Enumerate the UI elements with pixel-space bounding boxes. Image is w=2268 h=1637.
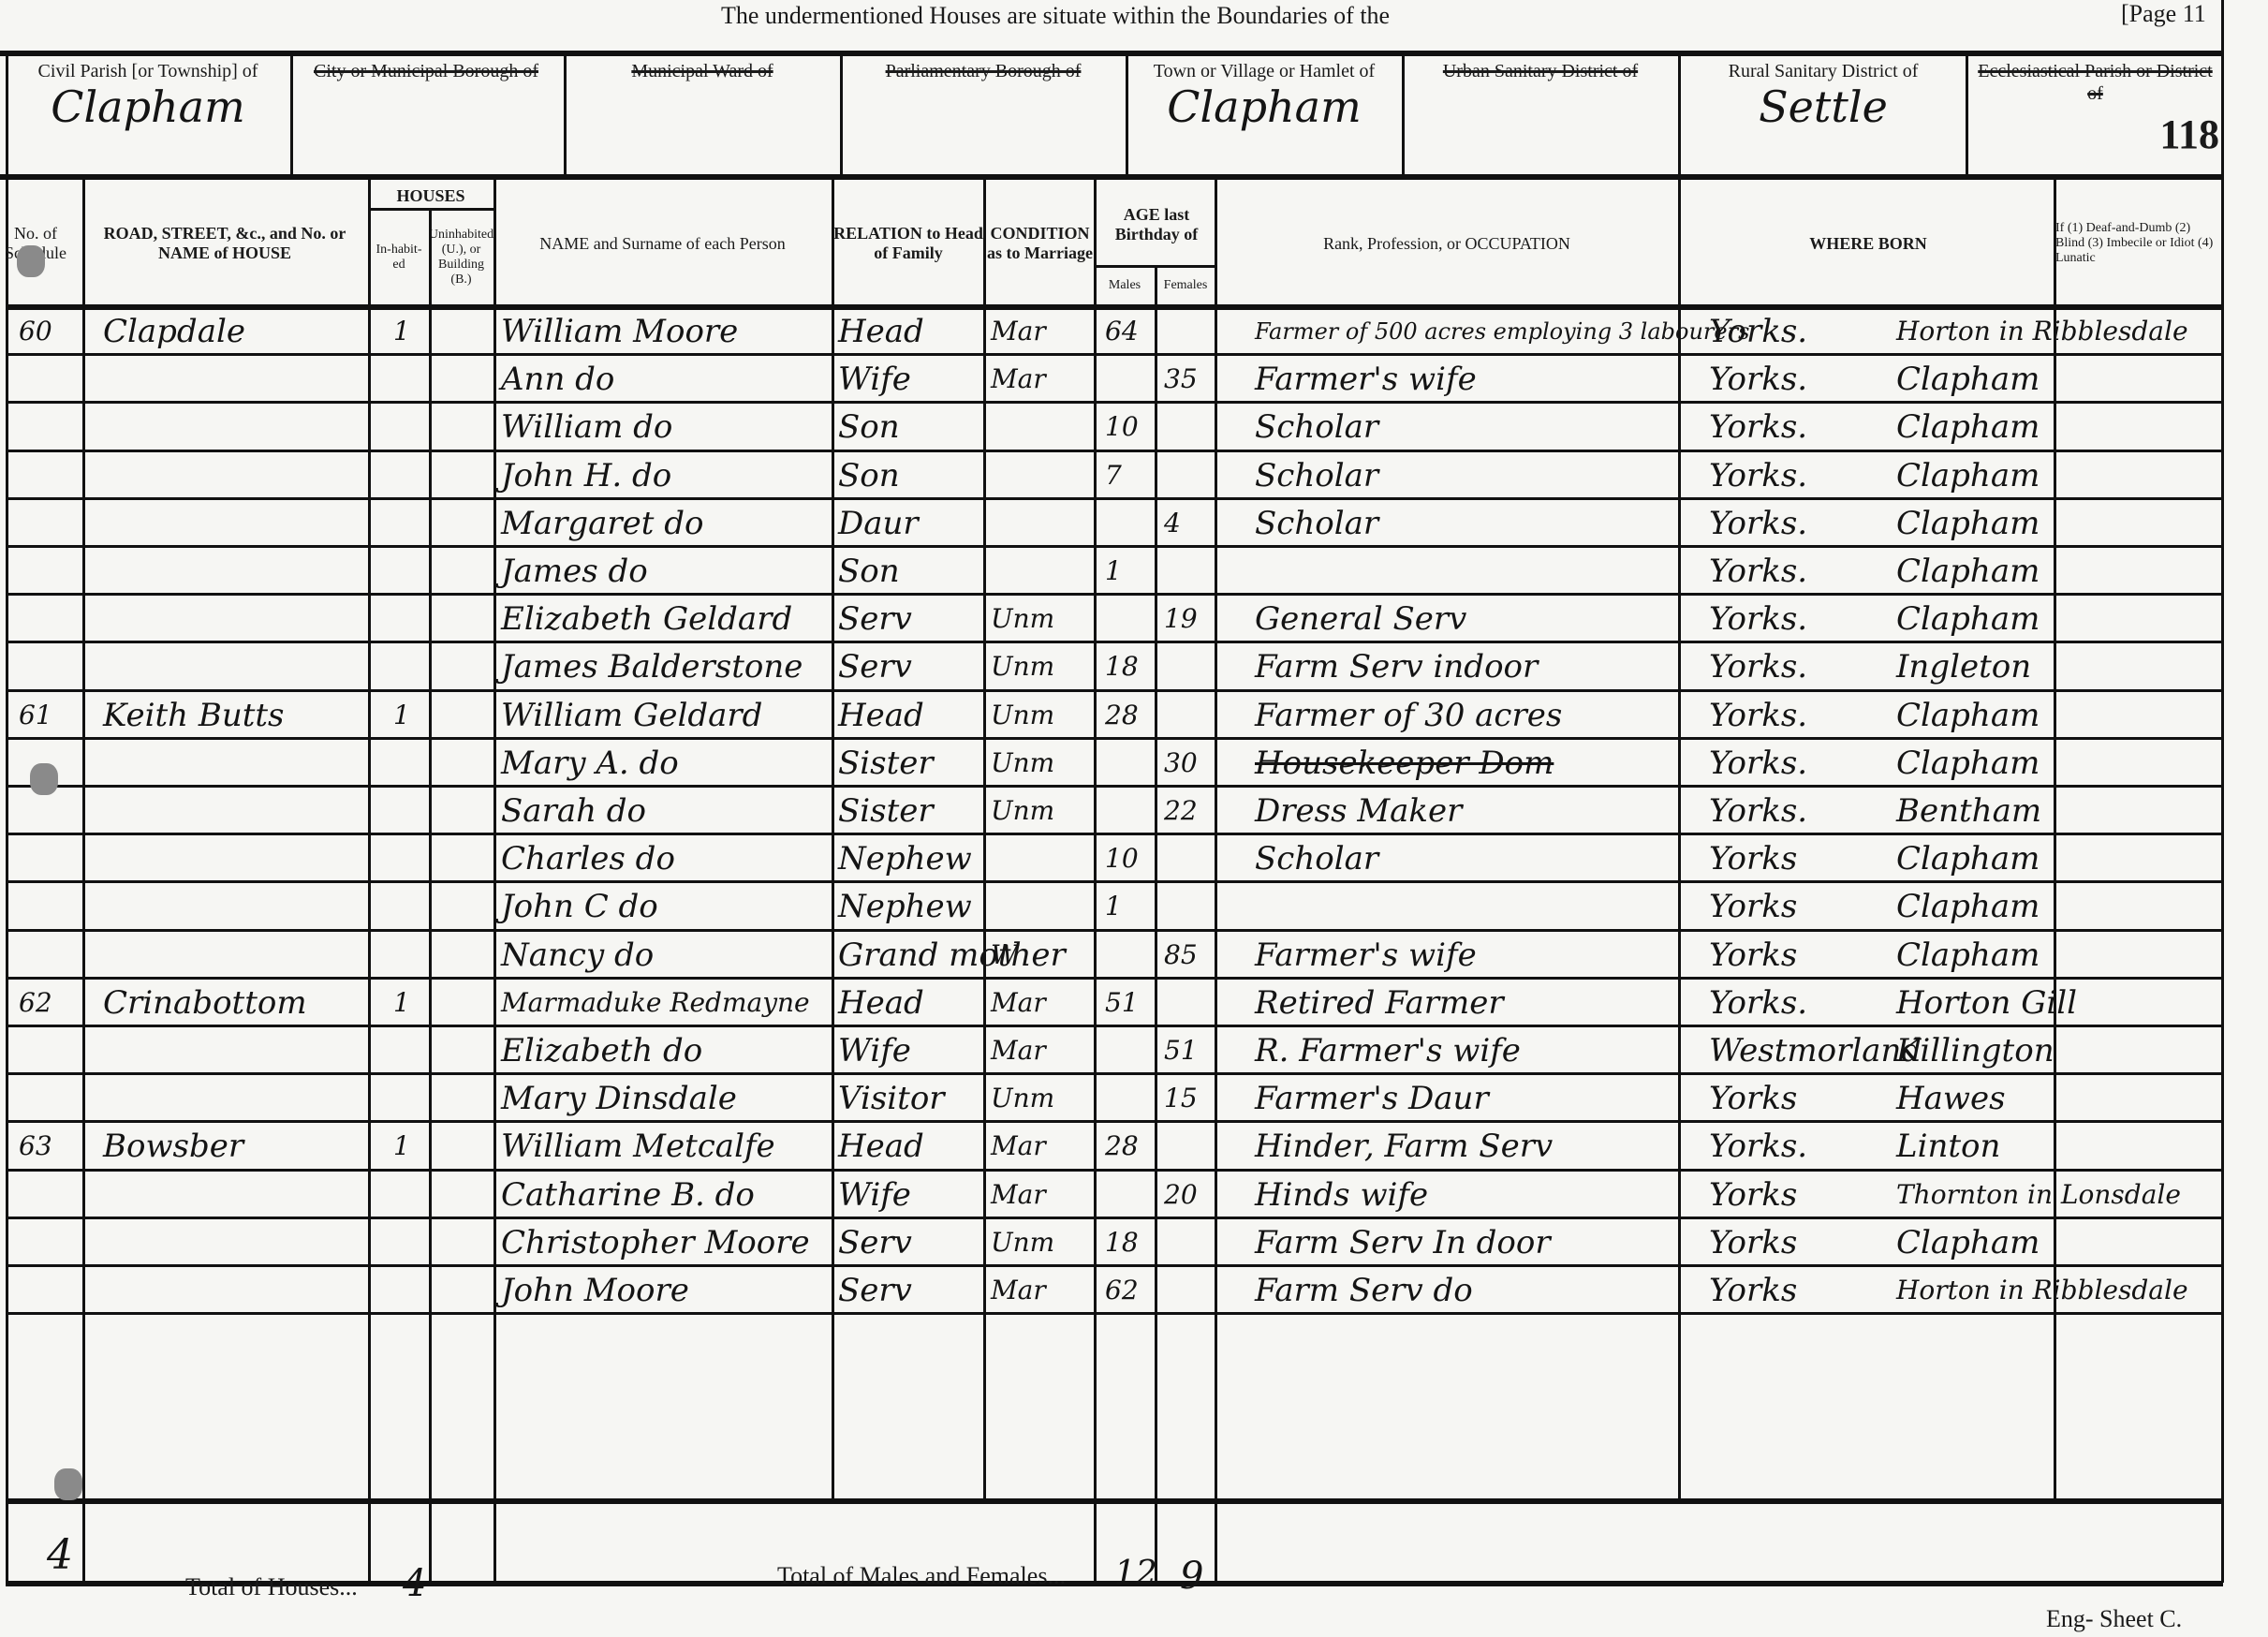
- cell-condition: Unm: [991, 693, 1054, 738]
- boundary-label: Urban Sanitary District of: [1405, 60, 1676, 82]
- cell-name: Sarah do: [501, 789, 646, 833]
- cell-occupation: Housekeeper Dom: [1255, 741, 1554, 786]
- table-row: William doSon10ScholarYorks.Clapham: [0, 405, 2268, 450]
- cell-born-county: Westmorland: [1709, 1028, 1922, 1073]
- cell-occupation: Scholar: [1255, 453, 1378, 498]
- cell-address: Crinabottom: [103, 981, 307, 1025]
- cell-occupation: Farmer's wife: [1255, 357, 1477, 402]
- cell-female-age: 4: [1164, 501, 1181, 546]
- cell-born-place: Clapham: [1896, 693, 2040, 738]
- cell-relation: Daur: [838, 501, 919, 546]
- cell-relation: Serv: [838, 1268, 912, 1313]
- cell-inhabited: 1: [393, 693, 410, 738]
- punch-hole: [17, 245, 45, 277]
- cell-name: Catharine B. do: [501, 1172, 755, 1217]
- cell-relation: Head: [838, 693, 924, 738]
- cell-relation: Wife: [838, 357, 911, 402]
- cell-born-place: Linton: [1896, 1124, 2000, 1169]
- table-row: 60Clapdale1William MooreHeadMar64Farmer …: [0, 309, 2268, 354]
- cell-name: James Balderstone: [501, 644, 803, 689]
- table-row: Elizabeth doWifeMar51R. Farmer's wifeWes…: [0, 1028, 2268, 1073]
- boundary-value: Settle: [1683, 96, 1964, 118]
- cell-name: William Geldard: [501, 693, 762, 738]
- cell-male-age: 62: [1105, 1268, 1139, 1313]
- cell-relation: Head: [838, 309, 924, 354]
- total-females: 9: [1180, 1555, 1203, 1598]
- divider: [7, 880, 2223, 883]
- cell-name: John H. do: [501, 453, 671, 498]
- divider: [7, 833, 2223, 835]
- cell-female-age: 15: [1164, 1076, 1198, 1121]
- cell-relation: Nephew: [838, 836, 972, 881]
- divider: [1966, 56, 1968, 174]
- sheet-label: Eng- Sheet C.: [2046, 1605, 2182, 1633]
- divider: [7, 401, 2223, 404]
- cell-born-county: Yorks.: [1709, 693, 1807, 738]
- cell-condition: W: [991, 933, 1018, 978]
- cell-born-county: Yorks.: [1709, 597, 1807, 642]
- boundary-label: Parliamentary Borough of: [843, 60, 1124, 82]
- cell-relation: Son: [838, 549, 900, 594]
- cell-born-place: Horton in Ribblesdale: [1896, 1268, 2188, 1313]
- cell-born-county: Yorks.: [1709, 501, 1807, 546]
- cell-born-place: Ingleton: [1896, 644, 2031, 689]
- cell-name: Elizabeth do: [501, 1028, 702, 1073]
- divider: [7, 1025, 2223, 1027]
- table-row: Catharine B. doWifeMar20Hinds wifeYorksT…: [0, 1172, 2268, 1217]
- table-row: Charles doNephew10ScholarYorksClapham: [0, 836, 2268, 881]
- cell-name: Margaret do: [501, 501, 703, 546]
- divider: [7, 450, 2223, 452]
- cell-occupation: Retired Farmer: [1255, 981, 1504, 1025]
- cell-condition: Unm: [991, 741, 1054, 786]
- cell-occupation: Farmer of 30 acres: [1255, 693, 1562, 738]
- table-row: Mary A. doSisterUnm30Housekeeper DomYork…: [0, 741, 2268, 786]
- cell-condition: Unm: [991, 1076, 1054, 1121]
- total-houses-value: 4: [403, 1562, 426, 1605]
- cell-relation: Sister: [838, 741, 934, 786]
- cell-occupation: Farm Serv indoor: [1255, 644, 1538, 689]
- cell-born-place: Thornton in Lonsdale: [1896, 1172, 2181, 1217]
- cell-name: William Metcalfe: [501, 1124, 775, 1169]
- cell-address: Keith Butts: [103, 693, 285, 738]
- cell-name: William Moore: [501, 309, 738, 354]
- divider: [6, 1498, 2223, 1504]
- cell-male-age: 18: [1105, 644, 1139, 689]
- cell-name: Mary A. do: [501, 741, 679, 786]
- cell-born-county: Yorks: [1709, 884, 1797, 929]
- cell-name: Nancy do: [501, 933, 654, 978]
- boundary-label: Ecclesiastical Parish or District of: [1971, 60, 2219, 105]
- cell-relation: Serv: [838, 644, 912, 689]
- cell-born-place: Killington: [1896, 1028, 2054, 1073]
- divider: [7, 1217, 2223, 1219]
- col-uninhabited: Uninhabited (U.), or Building (B.): [431, 211, 492, 304]
- cell-name: Ann do: [501, 357, 614, 402]
- col-females: Females: [1156, 267, 1215, 304]
- cell-condition: Unm: [991, 597, 1054, 642]
- cell-inhabited: 1: [393, 309, 410, 354]
- cell-occupation: Scholar: [1255, 501, 1378, 546]
- cell-relation: Nephew: [838, 884, 972, 929]
- cell-born-place: Clapham: [1896, 597, 2040, 642]
- cell-born-county: Yorks.: [1709, 309, 1807, 354]
- boundary-7: Rural Sanitary District ofSettle: [1683, 56, 1964, 178]
- divider: [7, 593, 2223, 596]
- cell-born-county: Yorks: [1709, 933, 1797, 978]
- cell-condition: Mar: [991, 357, 1046, 402]
- cell-relation: Sister: [838, 789, 934, 833]
- cell-condition: Unm: [991, 1220, 1054, 1265]
- cell-occupation: Farm Serv do: [1255, 1268, 1473, 1313]
- cell-condition: Unm: [991, 789, 1054, 833]
- divider: [7, 1120, 2223, 1123]
- cell-relation: Head: [838, 981, 924, 1025]
- cell-condition: Mar: [991, 981, 1046, 1025]
- cell-born-place: Clapham: [1896, 549, 2040, 594]
- table-row: James BalderstoneServUnm18Farm Serv indo…: [0, 644, 2268, 689]
- divider: [7, 785, 2223, 788]
- cell-born-county: Yorks.: [1709, 981, 1807, 1025]
- page-title: The undermentioned Houses are situate wi…: [721, 2, 1390, 30]
- cell-male-age: 28: [1105, 1124, 1139, 1169]
- table-row: James doSon1Yorks.Clapham: [0, 549, 2268, 594]
- cell-schedule: 61: [19, 693, 52, 738]
- boundary-value: Clapham: [1128, 96, 1400, 118]
- col-name: NAME and Surname of each Person: [496, 183, 829, 304]
- cell-condition: Mar: [991, 1268, 1046, 1313]
- divider: [7, 929, 2223, 932]
- col-schedule: No. of Schedule: [7, 183, 64, 304]
- divider: [7, 545, 2223, 548]
- col-occupation: Rank, Profession, or OCCUPATION: [1217, 183, 1676, 304]
- cell-relation: Serv: [838, 1220, 912, 1265]
- cell-born-place: Clapham: [1896, 501, 2040, 546]
- cell-relation: Wife: [838, 1172, 911, 1217]
- page-number: [Page 11: [2121, 0, 2206, 28]
- cell-schedule: 62: [19, 981, 52, 1025]
- cell-name: Charles do: [501, 836, 675, 881]
- cell-female-age: 85: [1164, 933, 1198, 978]
- boundary-4: Parliamentary Borough of: [843, 56, 1124, 178]
- boundary-1: Civil Parish [or Township] ofClapham: [7, 56, 288, 178]
- table-row: John C doNephew1YorksClapham: [0, 884, 2268, 929]
- col-address: ROAD, STREET, &c., and No. or NAME of HO…: [84, 183, 365, 304]
- boundary-label: City or Municipal Borough of: [290, 60, 562, 82]
- boundary-3: Municipal Ward of: [567, 56, 838, 178]
- cell-occupation: R. Farmer's wife: [1255, 1028, 1521, 1073]
- cell-born-county: Yorks.: [1709, 644, 1807, 689]
- cell-name: Mary Dinsdale: [501, 1076, 737, 1121]
- cell-born-county: Yorks: [1709, 1220, 1797, 1265]
- table-row: Elizabeth GeldardServUnm19General ServYo…: [0, 597, 2268, 642]
- boundary-label: Municipal Ward of: [567, 60, 838, 82]
- cell-male-age: 10: [1105, 836, 1139, 881]
- cell-occupation: Farmer of 500 acres employing 3 labourer…: [1255, 309, 1749, 354]
- cell-born-place: Horton in Ribblesdale: [1896, 309, 2188, 354]
- col-relation: RELATION to Head of Family: [833, 183, 983, 304]
- cell-relation: Grand mother: [838, 933, 1066, 978]
- boundary-value: 118: [1971, 124, 2219, 146]
- cell-born-county: Yorks.: [1709, 1124, 1807, 1169]
- col-infirmity: If (1) Deaf-and-Dumb (2) Blind (3) Imbec…: [2055, 183, 2219, 304]
- cell-name: John C do: [501, 884, 658, 929]
- boundary-value: Clapham: [7, 96, 288, 118]
- table-row: Mary DinsdaleVisitorUnm15Farmer's DaurYo…: [0, 1076, 2268, 1121]
- table-row: Sarah doSisterUnm22Dress MakerYorks.Bent…: [0, 789, 2268, 833]
- divider: [7, 641, 2223, 643]
- col-age: AGE last Birthday of: [1096, 183, 1217, 267]
- cell-schedule: 63: [19, 1124, 52, 1169]
- cell-occupation: General Serv: [1255, 597, 1466, 642]
- table-row: Christopher MooreServUnm18Farm Serv In d…: [0, 1220, 2268, 1265]
- cell-condition: Mar: [991, 1172, 1046, 1217]
- col-condition: CONDITION as to Marriage: [986, 183, 1094, 304]
- cell-born-place: Clapham: [1896, 405, 2040, 450]
- cell-born-county: Yorks: [1709, 1268, 1797, 1313]
- boundary-5: Town or Village or Hamlet ofClapham: [1128, 56, 1400, 178]
- cell-female-age: 19: [1164, 597, 1198, 642]
- divider: [7, 1264, 2223, 1267]
- cell-occupation: Dress Maker: [1255, 789, 1462, 833]
- divider: [370, 208, 493, 211]
- total-persons-label: Total of Males and Females...: [777, 1562, 1066, 1590]
- cell-occupation: Hinder, Farm Serv: [1255, 1124, 1553, 1169]
- table-row: Margaret doDaur4ScholarYorks.Clapham: [0, 501, 2268, 546]
- divider: [7, 1312, 2223, 1315]
- cell-female-age: 51: [1164, 1028, 1198, 1073]
- cell-born-county: Yorks.: [1709, 549, 1807, 594]
- cell-male-age: 51: [1105, 981, 1139, 1025]
- col-where-born: WHERE BORN: [1681, 183, 2055, 304]
- cell-born-county: Yorks.: [1709, 405, 1807, 450]
- cell-born-place: Clapham: [1896, 1220, 2040, 1265]
- cell-occupation: Farm Serv In door: [1255, 1220, 1551, 1265]
- table-row: 62Crinabottom1Marmaduke RedmayneHeadMar5…: [0, 981, 2268, 1025]
- cell-occupation: Scholar: [1255, 836, 1378, 881]
- cell-born-county: Yorks: [1709, 836, 1797, 881]
- col-houses: HOUSES: [370, 183, 492, 209]
- table-row: 61Keith Butts1William GeldardHeadUnm28Fa…: [0, 693, 2268, 738]
- cell-name: William do: [501, 405, 672, 450]
- cell-female-age: 22: [1164, 789, 1198, 833]
- boundary-6: Urban Sanitary District of: [1405, 56, 1676, 178]
- total-schedules: 4: [47, 1531, 73, 1579]
- cell-relation: Son: [838, 453, 900, 498]
- cell-schedule: 60: [19, 309, 52, 354]
- cell-female-age: 35: [1164, 357, 1198, 402]
- cell-occupation: Hinds wife: [1255, 1172, 1428, 1217]
- boundary-label: Civil Parish [or Township] of: [7, 60, 288, 82]
- boundary-label: Rural Sanitary District of: [1683, 60, 1964, 82]
- cell-name: Elizabeth Geldard: [501, 597, 792, 642]
- cell-female-age: 20: [1164, 1172, 1198, 1217]
- table-row: Nancy doGrand motherW85Farmer's wifeYork…: [0, 933, 2268, 978]
- cell-condition: Mar: [991, 1124, 1046, 1169]
- cell-born-county: Yorks.: [1709, 789, 1807, 833]
- cell-born-county: Yorks: [1709, 1076, 1797, 1121]
- boundary-2: City or Municipal Borough of: [290, 56, 562, 178]
- table-row: 63Bowsber1William MetcalfeHeadMar28Hinde…: [0, 1124, 2268, 1169]
- cell-female-age: 30: [1164, 741, 1198, 786]
- cell-condition: Mar: [991, 1028, 1046, 1073]
- table-row: John H. doSon7ScholarYorks.Clapham: [0, 453, 2268, 498]
- cell-born-county: Yorks.: [1709, 741, 1807, 786]
- cell-born-place: Clapham: [1896, 453, 2040, 498]
- cell-name: Marmaduke Redmayne: [501, 981, 810, 1025]
- cell-born-place: Clapham: [1896, 933, 2040, 978]
- boundary-label: Town or Village or Hamlet of: [1128, 60, 1400, 82]
- cell-born-place: Clapham: [1896, 741, 2040, 786]
- divider: [7, 497, 2223, 500]
- cell-occupation: Farmer's Daur: [1255, 1076, 1489, 1121]
- cell-male-age: 10: [1105, 405, 1139, 450]
- cell-relation: Visitor: [838, 1076, 945, 1121]
- cell-relation: Head: [838, 1124, 924, 1169]
- cell-name: Christopher Moore: [501, 1220, 810, 1265]
- total-males: 12: [1114, 1555, 1157, 1593]
- census-page: The undermentioned Houses are situate wi…: [0, 0, 2268, 1637]
- cell-occupation: Farmer's wife: [1255, 933, 1477, 978]
- cell-name: James do: [501, 549, 648, 594]
- cell-relation: Serv: [838, 597, 912, 642]
- cell-male-age: 18: [1105, 1220, 1139, 1265]
- cell-born-county: Yorks.: [1709, 357, 1807, 402]
- cell-born-county: Yorks.: [1709, 453, 1807, 498]
- divider: [7, 689, 2223, 692]
- cell-born-place: Bentham: [1896, 789, 2041, 833]
- cell-born-place: Clapham: [1896, 884, 2040, 929]
- punch-hole: [30, 763, 58, 795]
- divider: [7, 1072, 2223, 1075]
- cell-male-age: 28: [1105, 693, 1139, 738]
- cell-born-place: Hawes: [1896, 1076, 2006, 1121]
- col-inhabited: In-habit-ed: [370, 211, 428, 304]
- total-houses-label: Total of Houses...: [185, 1573, 358, 1601]
- boundary-8: Ecclesiastical Parish or District of118: [1971, 56, 2219, 178]
- divider: [7, 1169, 2223, 1172]
- cell-condition: Unm: [991, 644, 1054, 689]
- punch-hole: [54, 1468, 82, 1500]
- table-row: John MooreServMar62Farm Serv doYorksHort…: [0, 1268, 2268, 1313]
- cell-inhabited: 1: [393, 1124, 410, 1169]
- cell-male-age: 1: [1105, 549, 1122, 594]
- cell-born-place: Clapham: [1896, 357, 2040, 402]
- cell-born-place: Horton Gill: [1896, 981, 2077, 1025]
- cell-born-place: Clapham: [1896, 836, 2040, 881]
- cell-male-age: 7: [1105, 453, 1122, 498]
- cell-inhabited: 1: [393, 981, 410, 1025]
- table-row: Ann doWifeMar35Farmer's wifeYorks.Clapha…: [0, 357, 2268, 402]
- cell-condition: Mar: [991, 309, 1046, 354]
- divider: [7, 737, 2223, 740]
- divider: [7, 353, 2223, 356]
- cell-relation: Son: [838, 405, 900, 450]
- cell-name: John Moore: [501, 1268, 689, 1313]
- cell-address: Clapdale: [103, 309, 245, 354]
- divider: [1096, 265, 1215, 268]
- cell-born-county: Yorks: [1709, 1172, 1797, 1217]
- cell-relation: Wife: [838, 1028, 911, 1073]
- col-males: Males: [1096, 267, 1154, 304]
- divider: [7, 977, 2223, 980]
- cell-occupation: Scholar: [1255, 405, 1378, 450]
- cell-male-age: 1: [1105, 884, 1122, 929]
- divider: [1678, 56, 1681, 174]
- cell-male-age: 64: [1105, 309, 1139, 354]
- cell-address: Bowsber: [103, 1124, 243, 1169]
